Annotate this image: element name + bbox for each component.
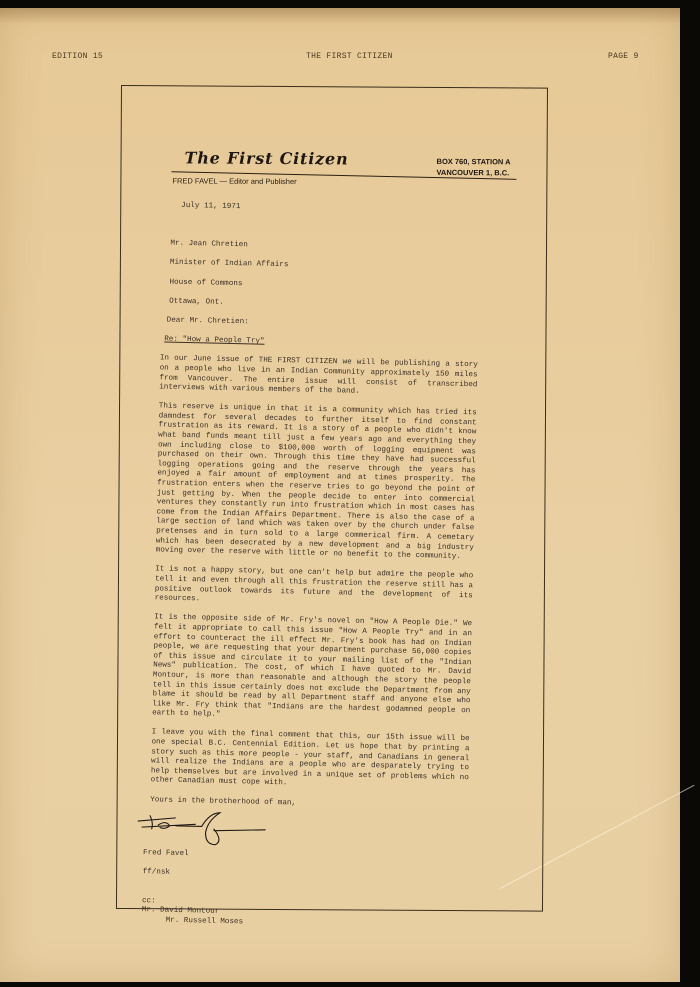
handwritten-signature bbox=[137, 815, 468, 852]
paragraph: In our June issue of THE FIRST CITIZEN w… bbox=[159, 355, 478, 400]
signer-name: Fred Favel bbox=[143, 849, 467, 866]
typist-initials: ff/nsk bbox=[143, 868, 467, 885]
salutation: Dear Mr. Chretien: bbox=[167, 316, 479, 332]
signature-icon bbox=[135, 809, 276, 852]
paragraph: It is not a happy story, but one can't h… bbox=[155, 566, 474, 611]
recipient-line: Ottawa, Ont. bbox=[169, 297, 224, 306]
address-line-1: BOX 760, STATION A bbox=[437, 156, 511, 167]
cc-label: cc: bbox=[142, 897, 156, 905]
edition-number: EDITION 15 bbox=[52, 52, 103, 61]
letterhead-address: BOX 760, STATION A VANCOUVER 1, B.C. bbox=[436, 156, 510, 178]
cc-recipient: Mr. David Montour bbox=[142, 907, 220, 917]
letterhead-editor: FRED FAVEL — Editor and Publisher bbox=[172, 176, 296, 186]
letter-date: July 11, 1971 bbox=[181, 202, 481, 218]
recipient-block: Mr. Jean Chretien Minister of Indian Aff… bbox=[169, 230, 481, 313]
cc-recipient: Mr. Russell Moses bbox=[141, 916, 465, 933]
letter-frame: The First Citizen BOX 760, STATION A VAN… bbox=[116, 85, 548, 912]
recipient-line: Minister of Indian Affairs bbox=[170, 259, 289, 270]
letterhead-masthead: The First Citizen bbox=[184, 148, 348, 168]
newspaper-page: EDITION 15 THE FIRST CITIZEN PAGE 9 The … bbox=[0, 8, 680, 982]
recipient-line: Mr. Jean Chretien bbox=[170, 240, 248, 250]
recipient-line: House of Commons bbox=[169, 278, 242, 288]
page-number: PAGE 9 bbox=[608, 52, 639, 61]
cc-block: cc: Mr. David Montour Mr. Russell Moses bbox=[141, 887, 466, 942]
paragraph: It is the opposite side of Mr. Fry's nov… bbox=[152, 614, 472, 726]
letter-body: July 11, 1971 Mr. Jean Chretien Minister… bbox=[135, 201, 481, 952]
running-title: THE FIRST CITIZEN bbox=[306, 52, 393, 61]
subject-line: Re: "How a People Try" bbox=[164, 336, 478, 352]
paragraph: I leave you with the final comment that … bbox=[151, 729, 470, 793]
paragraph: This reserve is unique in that it is a c… bbox=[156, 403, 477, 563]
